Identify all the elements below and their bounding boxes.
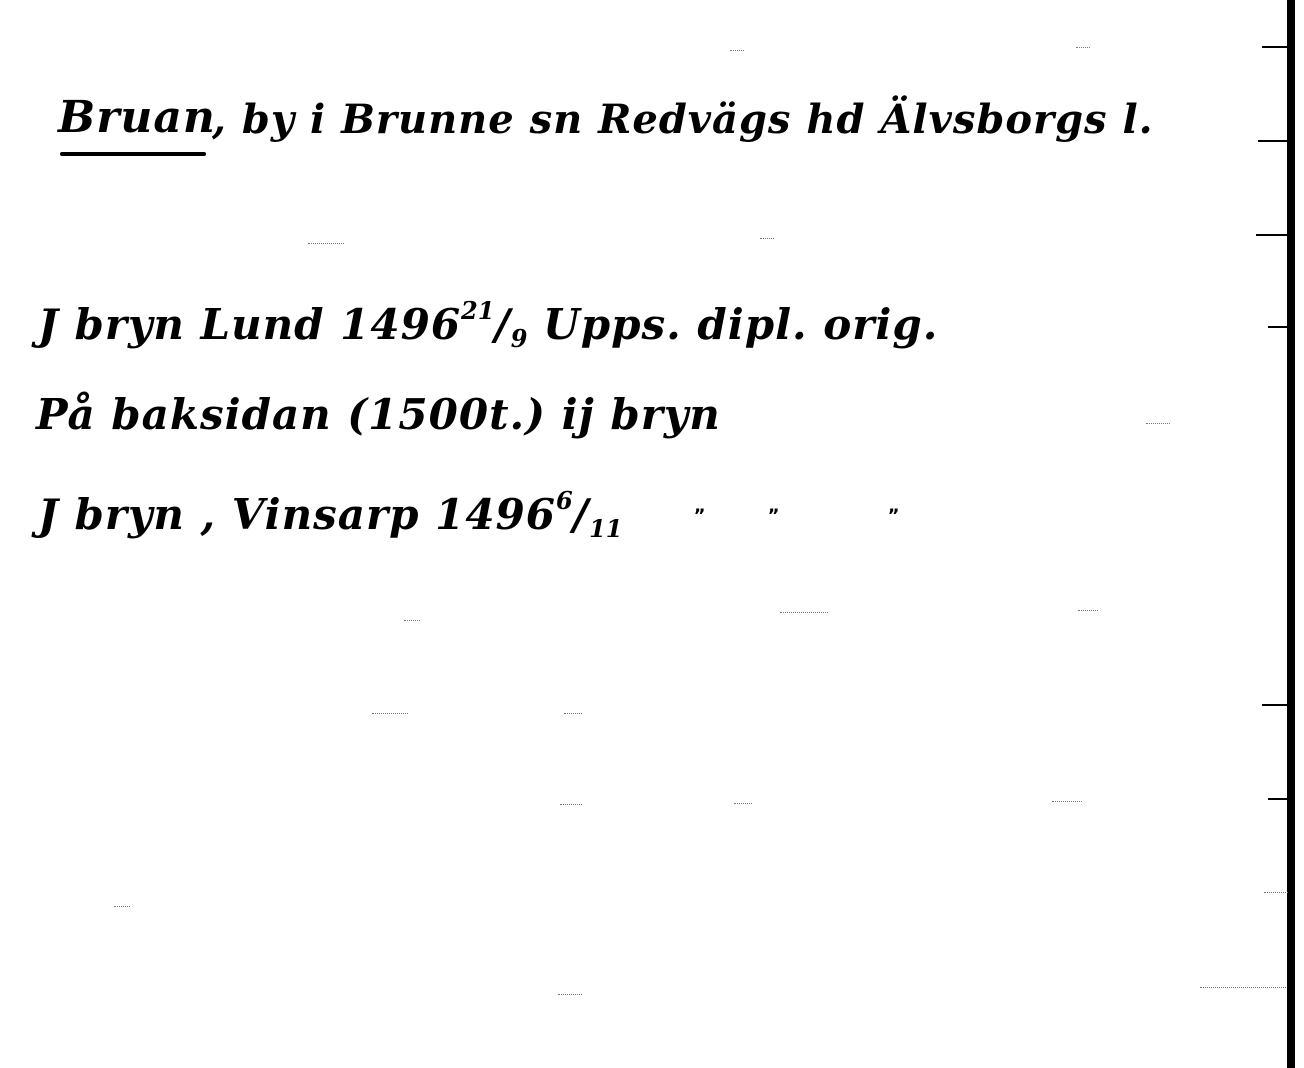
card-heading-place-name: Bruan (58, 92, 216, 143)
scan-speck (1146, 423, 1170, 425)
ditto-mark-1: „ (694, 496, 706, 517)
scan-edge-tick (1258, 140, 1288, 142)
scan-edge-tick (1268, 798, 1288, 800)
scan-edge-tick (1262, 704, 1288, 706)
ditto-mark-3: „ (888, 496, 900, 517)
scan-speck (564, 713, 582, 715)
scan-edge-border (1287, 0, 1295, 1068)
entry-1-text: J bryn Lund 1496 (38, 300, 461, 349)
scan-speck (114, 906, 130, 908)
entry-1-date-month: 9 (511, 324, 528, 353)
scan-edge-tick (1262, 46, 1288, 48)
entry-3-text: J bryn , Vinsarp 1496 (38, 490, 556, 539)
heading-underline (60, 152, 206, 156)
scan-speck (1078, 610, 1098, 612)
scan-speck (560, 804, 582, 806)
scan-speck (558, 994, 582, 996)
scan-speck (734, 803, 752, 805)
scan-speck (730, 50, 744, 52)
scan-speck (1264, 892, 1288, 894)
entry-1: J bryn Lund 149621/9 Upps. dipl. orig. (38, 296, 938, 353)
scan-edge-tick (1268, 326, 1288, 328)
index-card: Bruan , by i Brunne sn Redvägs hd Älvsbo… (0, 0, 1304, 1068)
entry-2-text: På baksidan (1500t.) ij bryn (36, 390, 721, 439)
entry-3-date-day: 6 (556, 486, 573, 515)
scan-speck (1076, 47, 1090, 49)
scan-speck (404, 620, 420, 622)
entry-3-date-slash: / (573, 490, 589, 539)
entry-1-source: Upps. dipl. orig. (528, 300, 939, 349)
entry-3: J bryn , Vinsarp 14966/11 (38, 486, 622, 543)
scan-speck (308, 243, 344, 245)
ditto-mark-2: „ (768, 496, 780, 517)
entry-1-date-day: 21 (461, 296, 494, 325)
entry-3-date-month: 11 (589, 514, 622, 543)
scan-edge-tick (1256, 234, 1288, 236)
scan-speck (780, 612, 828, 614)
scan-speck (1200, 987, 1286, 989)
entry-1-date-slash: / (494, 300, 510, 349)
entry-2: På baksidan (1500t.) ij bryn (36, 390, 721, 439)
card-heading-description: , by i Brunne sn Redvägs hd Älvsborgs l. (212, 96, 1154, 143)
scan-speck (372, 713, 408, 715)
scan-speck (1052, 801, 1082, 803)
scan-speck (760, 238, 774, 240)
